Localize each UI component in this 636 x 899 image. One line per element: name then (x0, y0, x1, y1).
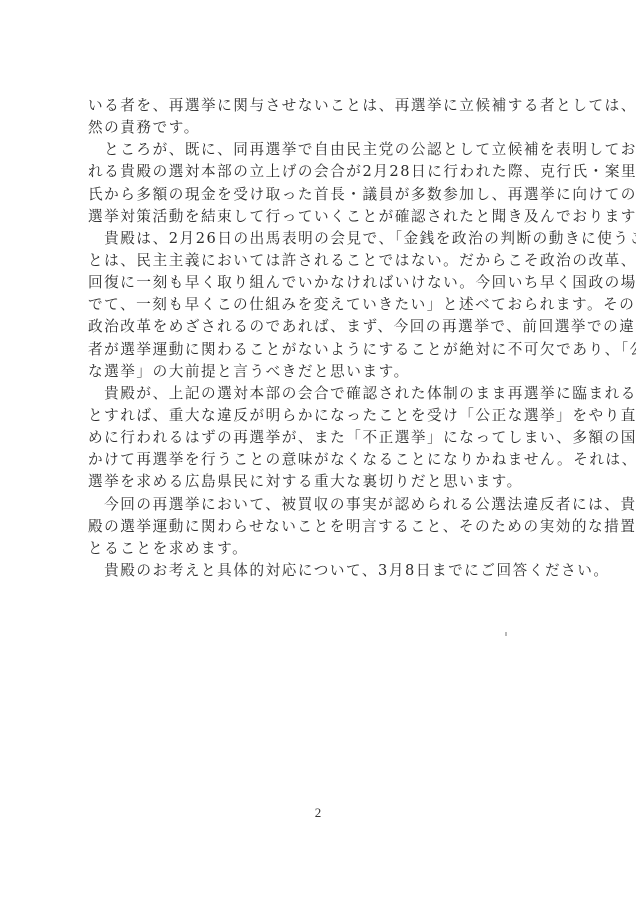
text-line: 然の責務です。 (88, 117, 548, 139)
text-line: ところが、既に、同再選挙で自由民主党の公認として立候補を表明しておら (88, 139, 548, 161)
text-line: かけて再選挙を行うことの意味がなくなることになりかねません。それは、公正な (88, 449, 548, 471)
text-line: 殿の選挙運動に関わらせないことを明言すること、そのための実効的な措置を (88, 516, 548, 538)
text-line: な選挙」の大前提と言うべきだと思います。 (88, 361, 548, 383)
text-line: 政治改革をめざされるのであれば、まず、今回の再選挙で、前回選挙での違反 (88, 316, 548, 338)
text-line: 氏から多額の現金を受け取った首長・議員が多数参加し、再選挙に向けての (88, 184, 548, 206)
text-line: 貴殿は、2月26日の出馬表明の会見で、「金銭を政治の判断の動きに使うこ (88, 228, 548, 250)
scan-artifact (505, 632, 507, 636)
document-page: いる者を、再選挙に関与させないことは、再選挙に立候補する者としては、当 然の責務… (0, 0, 636, 899)
text-line: いる者を、再選挙に関与させないことは、再選挙に立候補する者としては、当 (88, 95, 548, 117)
page-number: 2 (308, 805, 328, 821)
text-line: とることを求めます。 (88, 538, 548, 560)
text-line: 貴殿が、上記の選対本部の会合で確認された体制のまま再選挙に臨まれる (88, 383, 548, 405)
text-line: 選挙対策活動を結束して行っていくことが確認されたと聞き及んでおります。 (88, 206, 548, 228)
text-line: 今回の再選挙において、被買収の事実が認められる公選法違反者には、貴 (88, 494, 548, 516)
text-line: 者が選挙運動に関わることがないようにすることが絶対に不可欠であり、「公正 (88, 339, 548, 361)
text-line: れる貴殿の選対本部の立上げの会合が2月28日に行われた際、克行氏・案里 (88, 161, 548, 183)
text-line: とは、民主主義においては許されることではない。だからこそ政治の改革、信頼 (88, 250, 548, 272)
text-line: 貴殿のお考えと具体的対応について、3月8日までにご回答ください。 (88, 560, 548, 582)
text-line: とすれば、重大な違反が明らかになったことを受け「公正な選挙」をやり直すた (88, 405, 548, 427)
text-line: めに行われるはずの再選挙が、また「不正選挙」になってしまい、多額の国費を (88, 427, 548, 449)
text-line: 選挙を求める広島県民に対する重大な裏切りだと思います。 (88, 471, 548, 493)
document-body: いる者を、再選挙に関与させないことは、再選挙に立候補する者としては、当 然の責務… (88, 95, 548, 582)
text-line: でて、一刻も早くこの仕組みを変えていきたい」と述べておられます。そのような (88, 294, 548, 316)
text-line: 回復に一刻も早く取り組んでいかなければいけない。今回いち早く国政の場に (88, 272, 548, 294)
